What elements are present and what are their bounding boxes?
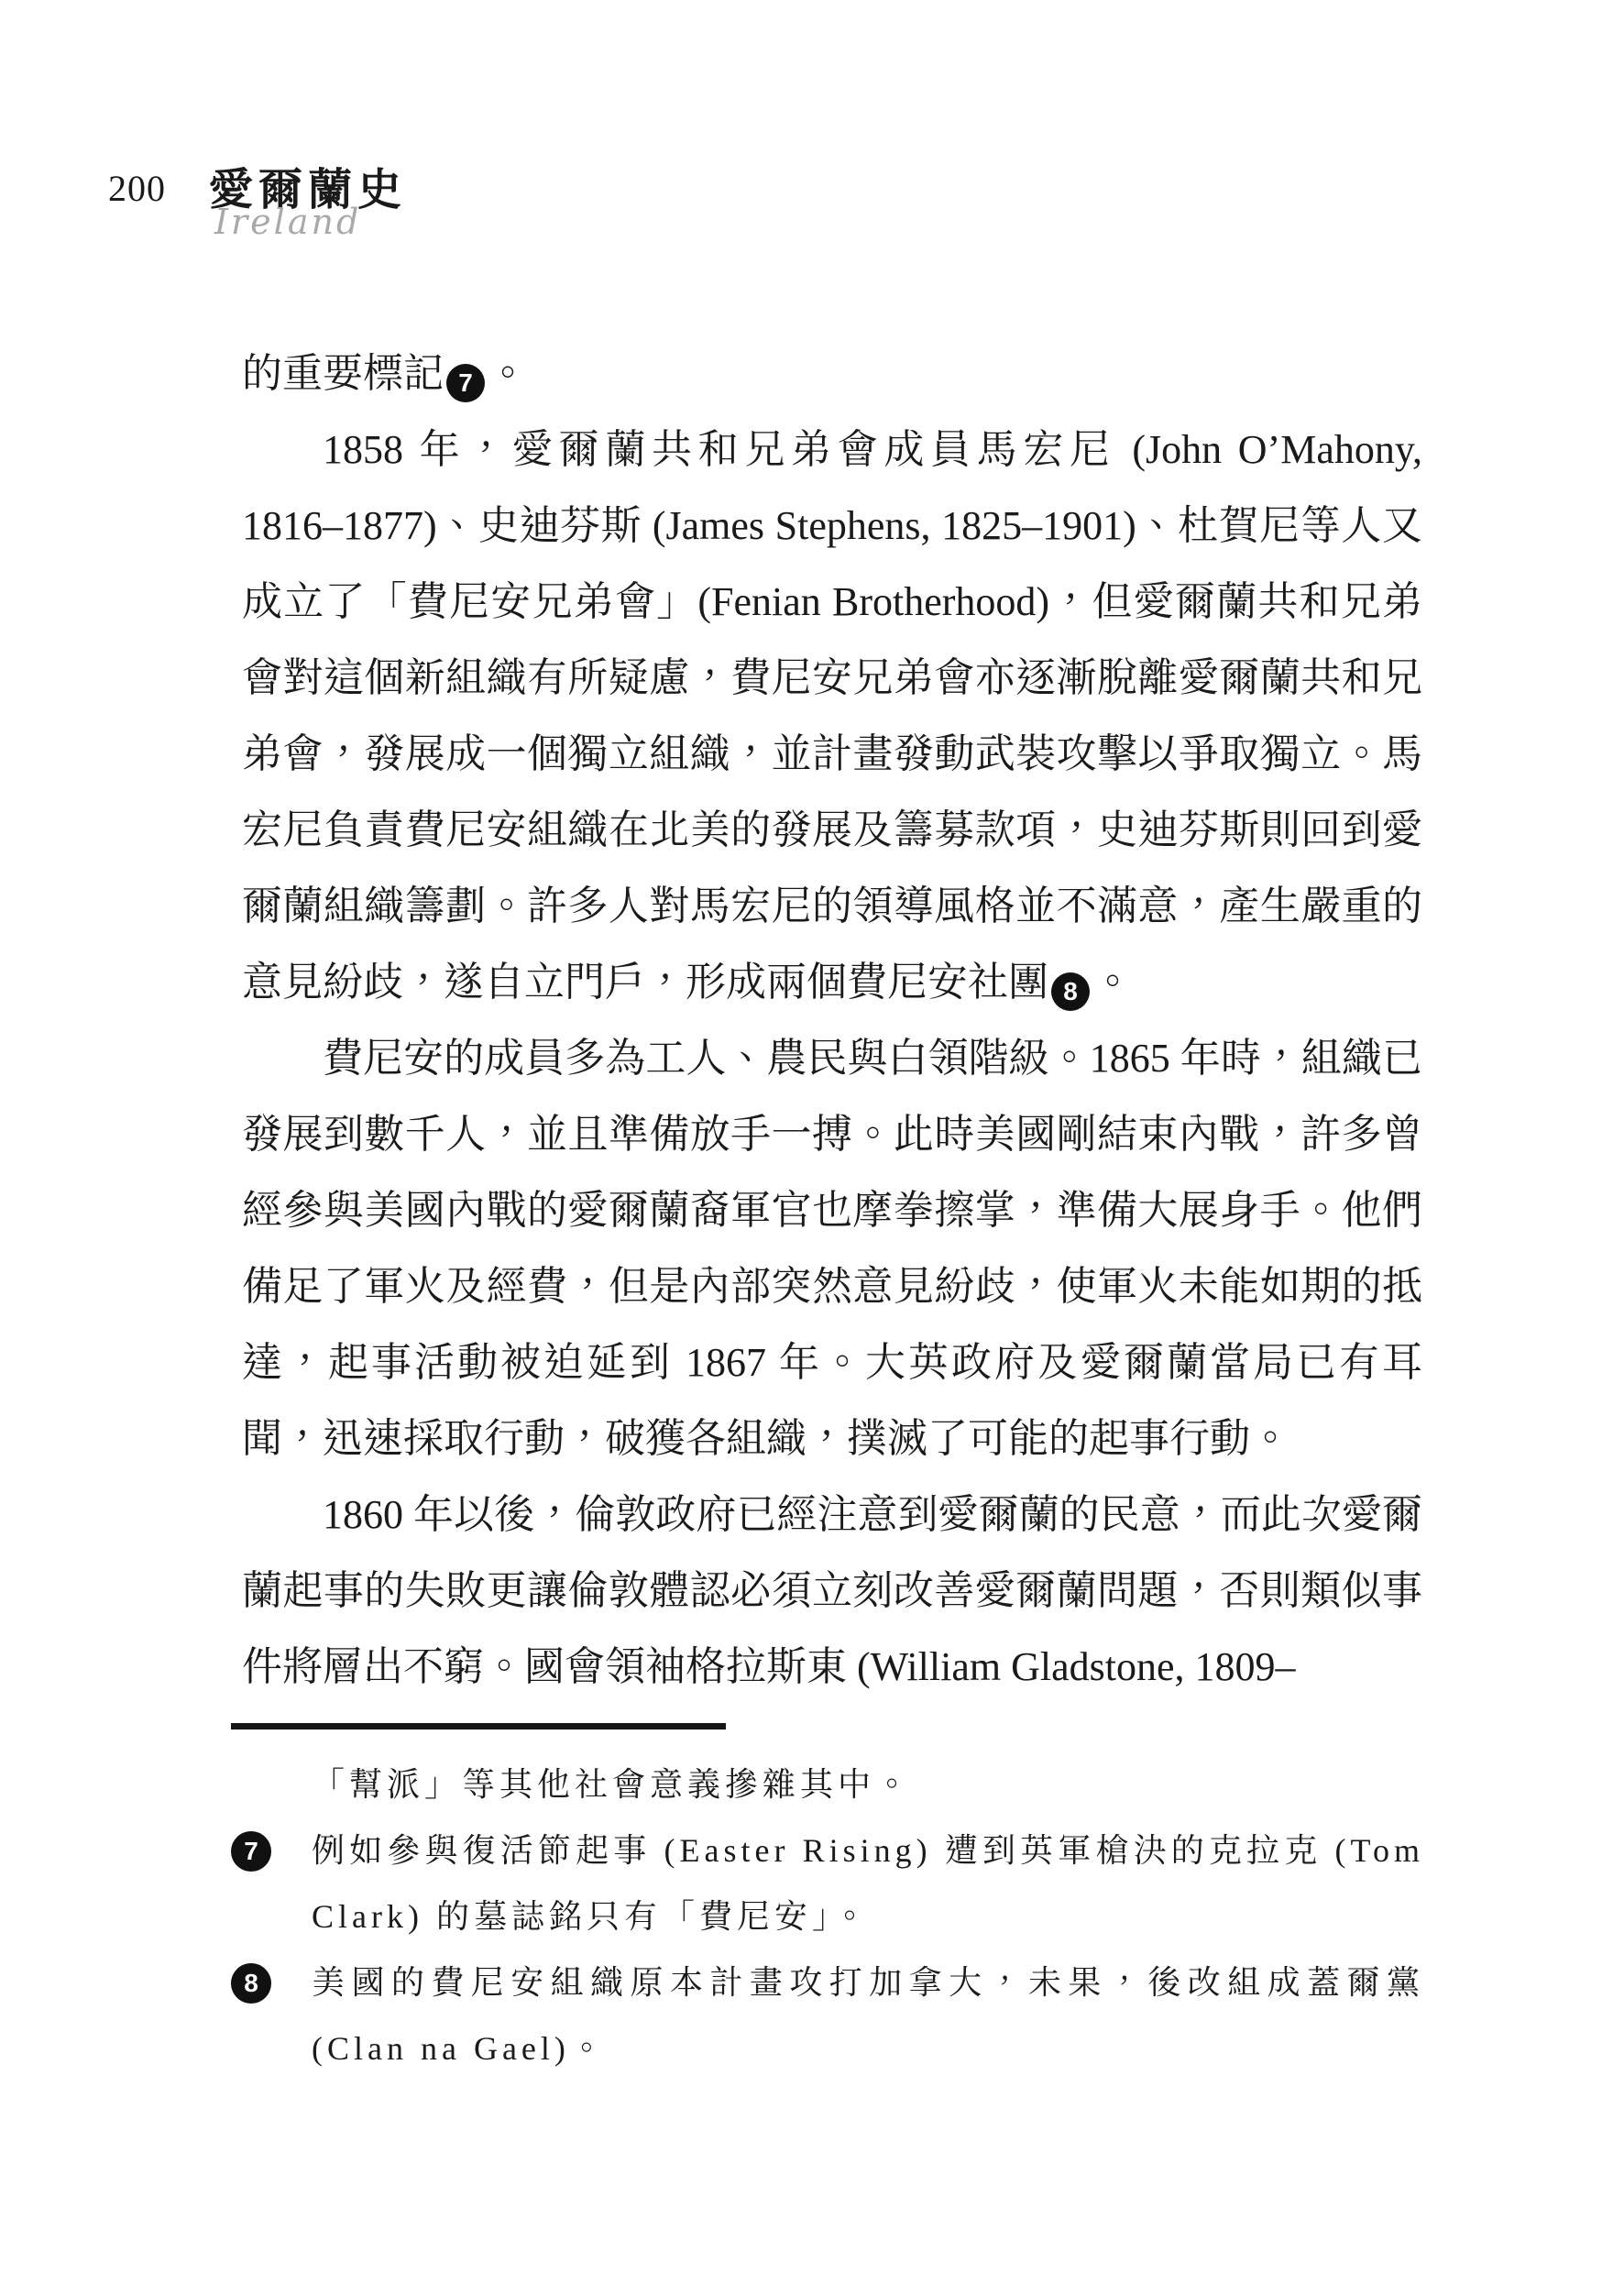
body-paragraph: 1860 年以後，倫敦政府已經注意到愛爾蘭的民意，而此次愛爾蘭起事的失敗更讓倫敦… (242, 1477, 1422, 1705)
footnote-text: 「幫派」等其他社會意義摻雜其中。 (312, 1766, 913, 1803)
body-paragraph: 1858 年，愛爾蘭共和兄弟會成員馬宏尼 (John O’Mahony, 181… (242, 412, 1422, 1020)
footnote-marker-8-icon: 8 (231, 1963, 271, 2004)
footnote-marker-7-icon: 7 (231, 1831, 271, 1872)
footnote-separator-rule (231, 1723, 726, 1729)
book-page: 200 愛爾蘭史 Ireland 的重要標記7。1858 年，愛爾蘭共和兄弟會成… (0, 0, 1624, 2273)
body-paragraph: 費尼安的成員多為工人、農民與白領階級。1865 年時，組織已發展到數千人，並且準… (242, 1020, 1422, 1477)
body-text: 的重要標記7。1858 年，愛爾蘭共和兄弟會成員馬宏尼 (John O’Maho… (242, 335, 1422, 1705)
footnote-text: 例如參與復活節起事 (Easter Rising) 遭到英軍槍決的克拉克 (To… (312, 1832, 1424, 1935)
footnotes-section: 「幫派」等其他社會意義摻雜其中。7例如參與復活節起事 (Easter Risin… (231, 1723, 1424, 2081)
footnote-item-8: 8美國的費尼安組織原本計畫攻打加拿大，未果，後改組成蓋爾黨 (Clan na G… (231, 1949, 1424, 2081)
body-paragraph: 的重要標記7。 (242, 335, 1422, 412)
page-number: 200 (108, 167, 166, 210)
footnote-continuation: 「幫派」等其他社會意義摻雜其中。 (231, 1751, 1424, 1817)
footnote-marker-8-icon: 8 (1051, 972, 1090, 1011)
footnote-marker-7-icon: 7 (446, 364, 485, 402)
book-subtitle: Ireland (214, 202, 361, 242)
footnote-list: 「幫派」等其他社會意義摻雜其中。7例如參與復活節起事 (Easter Risin… (231, 1751, 1424, 2081)
footnote-item-7: 7例如參與復活節起事 (Easter Rising) 遭到英軍槍決的克拉克 (T… (231, 1817, 1424, 1949)
footnote-text: 美國的費尼安組織原本計畫攻打加拿大，未果，後改組成蓋爾黨 (Clan na Ga… (312, 1964, 1424, 2067)
